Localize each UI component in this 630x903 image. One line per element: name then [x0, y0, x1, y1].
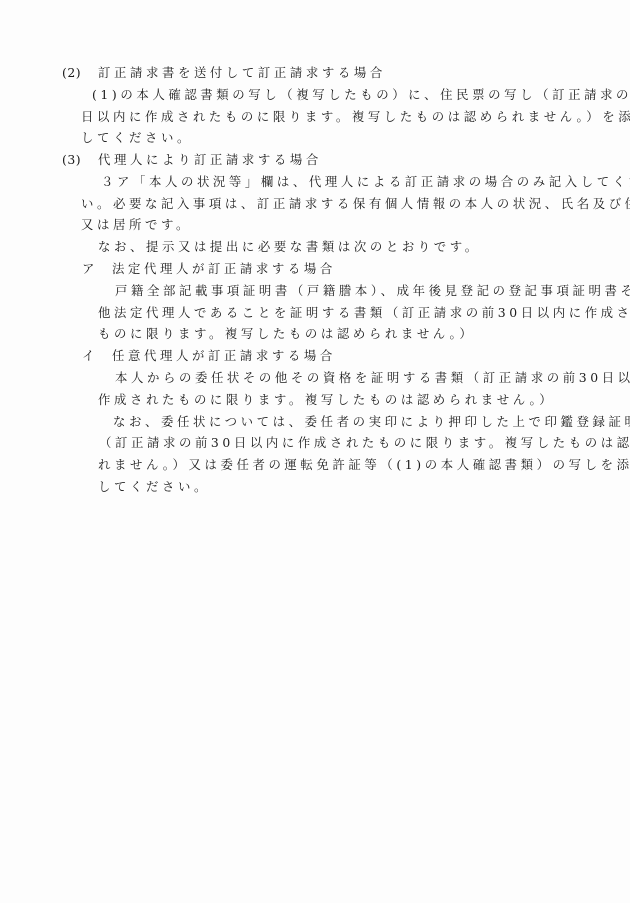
paragraph-line: 他法定代理人であることを証明する書類（訂正請求の前30日以内に作成された: [98, 302, 630, 324]
paragraph-line: ３ア「本人の状況等」欄は、代理人による訂正請求の場合のみ記入してくださ: [101, 171, 630, 193]
paragraph-line: なお、提示又は提出に必要な書類は次のとおりです。: [98, 236, 481, 258]
subsection-marker: イ: [82, 345, 112, 367]
subsection-a-heading: ア法定代理人が訂正請求する場合: [82, 258, 336, 280]
paragraph-line: なお、委任状については、委任者の実印により押印した上で印鑑登録証明書: [113, 411, 630, 433]
subsection-title: 任意代理人が訂正請求する場合: [112, 348, 336, 363]
subsection-marker: ア: [82, 258, 112, 280]
paragraph-line: い。必要な記入事項は、訂正請求する保有個人情報の本人の状況、氏名及び住所: [81, 193, 630, 215]
paragraph-line: れません。）又は委任者の運転免許証等（(1)の本人確認書類）の写しを添付: [98, 454, 630, 476]
section-3-heading: (3)代理人により訂正請求する場合: [62, 149, 322, 171]
paragraph-line: ものに限ります。複写したものは認められません。）: [98, 323, 475, 345]
paragraph-line: 又は居所です。: [81, 214, 192, 236]
paragraph-line: (1)の本人確認書類の写し（複写したもの）に、住民票の写し（訂正請求の前30: [92, 84, 630, 106]
paragraph-line: してください。: [98, 476, 210, 498]
paragraph-line: 日以内に作成されたものに限ります。複写したものは認められません。）を添付: [81, 106, 630, 128]
paragraph-line: 本人からの委任状その他その資格を証明する書類（訂正請求の前30日以内に: [115, 367, 630, 389]
paragraph-line: 戸籍全部記載事項証明書（戸籍謄本）、成年後見登記の登記事項証明書その: [115, 280, 630, 302]
subsection-i-heading: イ任意代理人が訂正請求する場合: [82, 345, 336, 367]
paragraph-line: してください。: [81, 127, 193, 149]
section-2-heading: (2)訂正請求書を送付して訂正請求する場合: [62, 62, 386, 84]
section-number: (3): [62, 149, 98, 171]
paragraph-line: （訂正請求の前30日以内に作成されたものに限ります。複写したものは認めら: [99, 432, 630, 454]
section-number: (2): [62, 62, 98, 84]
section-title: 代理人により訂正請求する場合: [98, 152, 322, 167]
document-page: (2)訂正請求書を送付して訂正請求する場合 (1)の本人確認書類の写し（複写した…: [0, 0, 630, 903]
section-title: 訂正請求書を送付して訂正請求する場合: [98, 65, 386, 80]
paragraph-line: 作成されたものに限ります。複写したものは認められません。）: [98, 389, 555, 411]
subsection-title: 法定代理人が訂正請求する場合: [112, 261, 336, 276]
